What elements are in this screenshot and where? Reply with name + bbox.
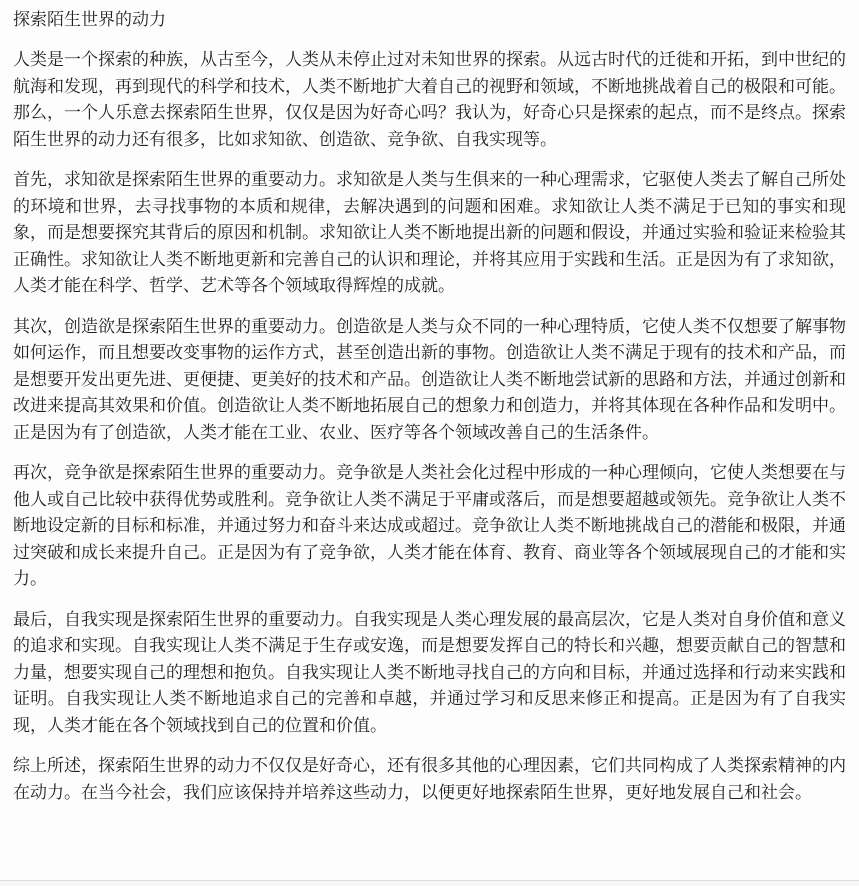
paragraph-knowledge-desire: 首先，求知欲是探索陌生世界的重要动力。求知欲是人类与生俱来的一种心理需求，它驱使…	[13, 167, 846, 300]
bottom-panel-edge	[0, 881, 859, 886]
document-content: 探索陌生世界的动力 人类是一个探索的种族，从古至今，人类从未停止过对未知世界的探…	[0, 0, 859, 879]
paragraph-self-actualization: 最后，自我实现是探索陌生世界的重要动力。自我实现是人类心理发展的最高层次，它是人…	[13, 607, 846, 740]
document-title: 探索陌生世界的动力	[13, 6, 846, 33]
document-page: 探索陌生世界的动力 人类是一个探索的种族，从古至今，人类从未停止过对未知世界的探…	[0, 0, 859, 886]
paragraph-conclusion: 综上所述，探索陌生世界的动力不仅仅是好奇心，还有很多其他的心理因素，它们共同构成…	[13, 753, 846, 806]
paragraph-intro: 人类是一个探索的种族，从古至今，人类从未停止过对未知世界的探索。从远古时代的迁徙…	[13, 47, 846, 153]
paragraph-competition-desire: 再次，竞争欲是探索陌生世界的重要动力。竞争欲是人类社会化过程中形成的一种心理倾向…	[13, 460, 846, 593]
paragraph-creation-desire: 其次，创造欲是探索陌生世界的重要动力。创造欲是人类与众不同的一种心理特质，它使人…	[13, 314, 846, 447]
